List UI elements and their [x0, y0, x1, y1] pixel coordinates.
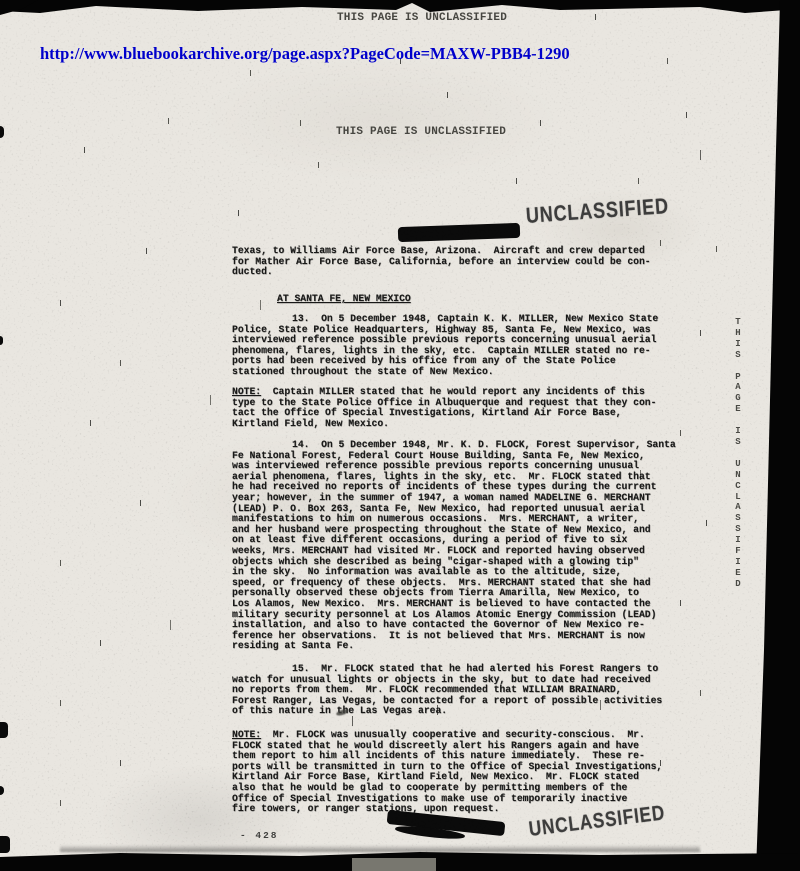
paragraph-intro: Texas, to Williams Air Force Base, Arizo… [232, 246, 692, 278]
section-heading: AT SANTA FE, NEW MEXICO [277, 293, 411, 304]
scan-edge-mark [0, 836, 10, 853]
unclassified-stamp-top: UNCLASSIFIED [525, 193, 670, 229]
scan-shadow [60, 845, 700, 852]
scan-border-bottom [0, 851, 800, 871]
note-paragraph-1: NOTE: Captain MILLER stated that he woul… [232, 387, 692, 429]
scanned-document-page: THIS PAGE IS UNCLASSIFIED http://www.blu… [0, 0, 800, 871]
note-paragraph-2: NOTE: Mr. FLOCK was unusually cooperativ… [232, 730, 692, 815]
unclassified-banner-mid: THIS PAGE IS UNCLASSIFIED [336, 126, 506, 138]
redaction-bar-top [398, 223, 520, 242]
scan-edge-mark [0, 126, 4, 138]
scan-edge-mark [0, 786, 4, 795]
scanner-slot-mark [352, 858, 436, 871]
bluebook-archive-link[interactable]: http://www.bluebookarchive.org/page.aspx… [40, 44, 570, 64]
note-label: NOTE: [232, 729, 261, 740]
scan-edge-mark [0, 722, 8, 738]
scan-border-right [752, 0, 800, 871]
note-label: NOTE: [232, 386, 261, 397]
unclassified-banner-top: THIS PAGE IS UNCLASSIFIED [337, 12, 507, 24]
paragraph-14: 14. On 5 December 1948, Mr. K. D. FLOCK,… [232, 440, 692, 652]
paragraph-15: 15. Mr. FLOCK stated that he had alerted… [232, 664, 692, 717]
paragraph-13: 13. On 5 December 1948, Captain K. K. MI… [232, 314, 692, 378]
pencil-page-number: - 428 [240, 830, 279, 841]
scan-edge-mark [0, 336, 3, 345]
note-text: Mr. FLOCK was unusually cooperative and … [232, 729, 662, 814]
note-text: Captain MILLER stated that he would repo… [232, 386, 656, 429]
side-unclassified-caption: T H I S P A G E I S U N C L A S S I F I … [733, 317, 743, 590]
